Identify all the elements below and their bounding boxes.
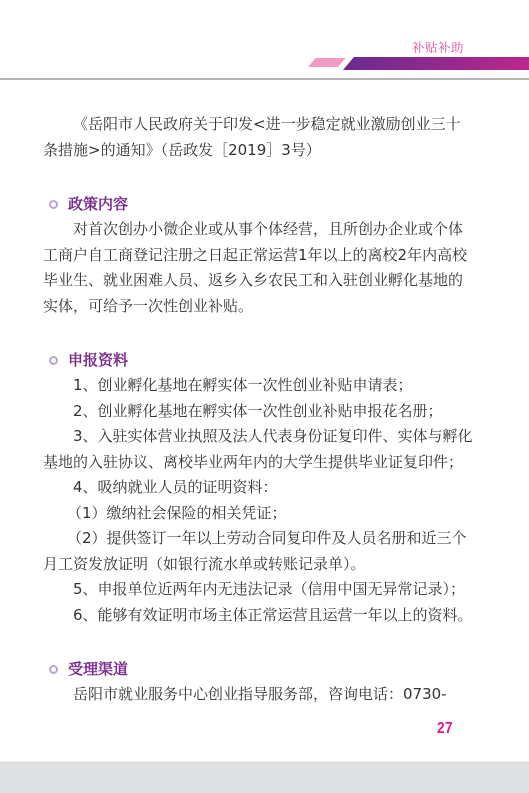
section-heading-text: 政策内容	[68, 192, 128, 217]
ring-bullet-icon	[49, 200, 58, 209]
material-item: 6、能够有效证明市场主体正常运营且运营一年以上的资料。	[43, 603, 473, 629]
header-gradient-bar	[343, 57, 529, 70]
header-section-label: 补贴补助	[412, 38, 464, 56]
section-heading-text: 申报资料	[68, 348, 128, 373]
material-item: 2、创业孵化基地在孵实体一次性创业补贴申报花名册；	[43, 399, 473, 425]
source-document-title: 《岳阳市人民政府关于印发<进一步稳定就业激励创业三十条措施>的通知》（岳政发［2…	[43, 112, 473, 163]
ring-bullet-icon	[49, 356, 58, 365]
section-heading-text: 受理渠道	[68, 657, 128, 682]
material-item: 1、创业孵化基地在孵实体一次性创业补贴申请表；	[43, 373, 473, 399]
material-item: 4、吸纳就业人员的证明资料：	[43, 475, 473, 501]
ring-bullet-icon	[49, 665, 58, 674]
material-subitem: （2）提供签订一年以上劳动合同复印件及人员名册和近三个月工资发放证明（如银行流水…	[43, 526, 473, 577]
section-heading-policy: 政策内容	[43, 192, 473, 217]
material-item: 3、入驻实体营业执照及法人代表身份证复印件、实体与孵化基地的入驻协议、离校毕业两…	[43, 424, 473, 475]
page-number: 27	[437, 720, 453, 738]
material-subitem: （1）缴纳社会保险的相关凭证；	[43, 501, 473, 527]
bottom-band	[0, 761, 529, 793]
section-heading-materials: 申报资料	[43, 348, 473, 373]
header-rule	[0, 78, 529, 80]
channel-paragraph: 岳阳市就业服务中心创业指导服务部，咨询电话：0730-	[43, 682, 473, 708]
policy-paragraph: 对首次创办小微企业或从事个体经营，且所创办企业或个体工商户自工商登记注册之日起正…	[43, 217, 473, 319]
document-body: 《岳阳市人民政府关于印发<进一步稳定就业激励创业三十条措施>的通知》（岳政发［2…	[43, 112, 473, 708]
header-pink-decoration	[308, 58, 346, 67]
section-heading-channel: 受理渠道	[43, 657, 473, 682]
material-item: 5、申报单位近两年内无违法记录（信用中国无异常记录）；	[43, 577, 473, 603]
